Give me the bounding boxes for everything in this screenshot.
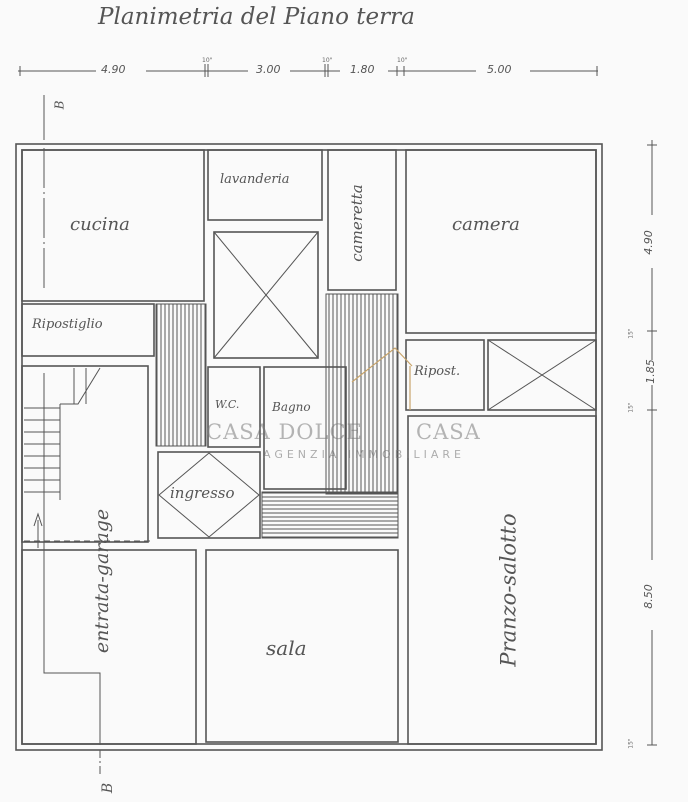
room-label-lavanderia: lavanderia — [220, 172, 290, 187]
watermark-name-left: CASA DOLCE — [206, 420, 363, 444]
room-label-ripostiglio: Ripostiglio — [32, 317, 103, 332]
room-label-bagno: Bagno — [272, 400, 311, 414]
wall-thickness-top-1: 10" — [202, 57, 212, 64]
section-marker-top: B — [52, 101, 66, 110]
watermark-name-right: CASA — [416, 420, 481, 444]
room-label-pranzo-salotto: Pranzo-salotto — [497, 513, 521, 666]
room-label-ripost: Ripost. — [414, 364, 460, 379]
room-label-wc: W.C. — [215, 398, 239, 411]
dimension-top-3: 1.80 — [350, 63, 375, 76]
room-label-sala: sala — [266, 636, 307, 660]
room-label-camera: camera — [452, 214, 520, 235]
dimension-right-2: 1.85 — [644, 359, 657, 384]
dimension-top-1: 4.90 — [101, 63, 126, 76]
drawing-title: Planimetria del Piano terra — [98, 4, 415, 30]
floor-plan-drawing — [0, 0, 688, 802]
room-label-cameretta: cameretta — [348, 184, 366, 262]
wall-thickness-right-3: 15" — [628, 738, 635, 748]
room-label-cucina: cucina — [70, 214, 130, 235]
dimension-right-1: 4.90 — [642, 230, 655, 255]
room-label-entrata-garage: entrata-garage — [91, 509, 113, 653]
watermark-subtitle: AGENZIA IMMOBILIARE — [263, 448, 465, 461]
dimension-top-4: 5.00 — [487, 63, 512, 76]
dimension-right-3: 8.50 — [642, 584, 655, 609]
wall-thickness-right-2: 15" — [628, 402, 635, 412]
wall-thickness-top-3: 10" — [397, 57, 407, 64]
wall-thickness-top-2: 10" — [322, 57, 332, 64]
room-label-ingresso: ingresso — [170, 484, 235, 502]
dimension-top-2: 3.00 — [256, 63, 281, 76]
section-marker-bottom: B — [100, 783, 116, 793]
wall-thickness-right-1: 15" — [628, 328, 635, 338]
